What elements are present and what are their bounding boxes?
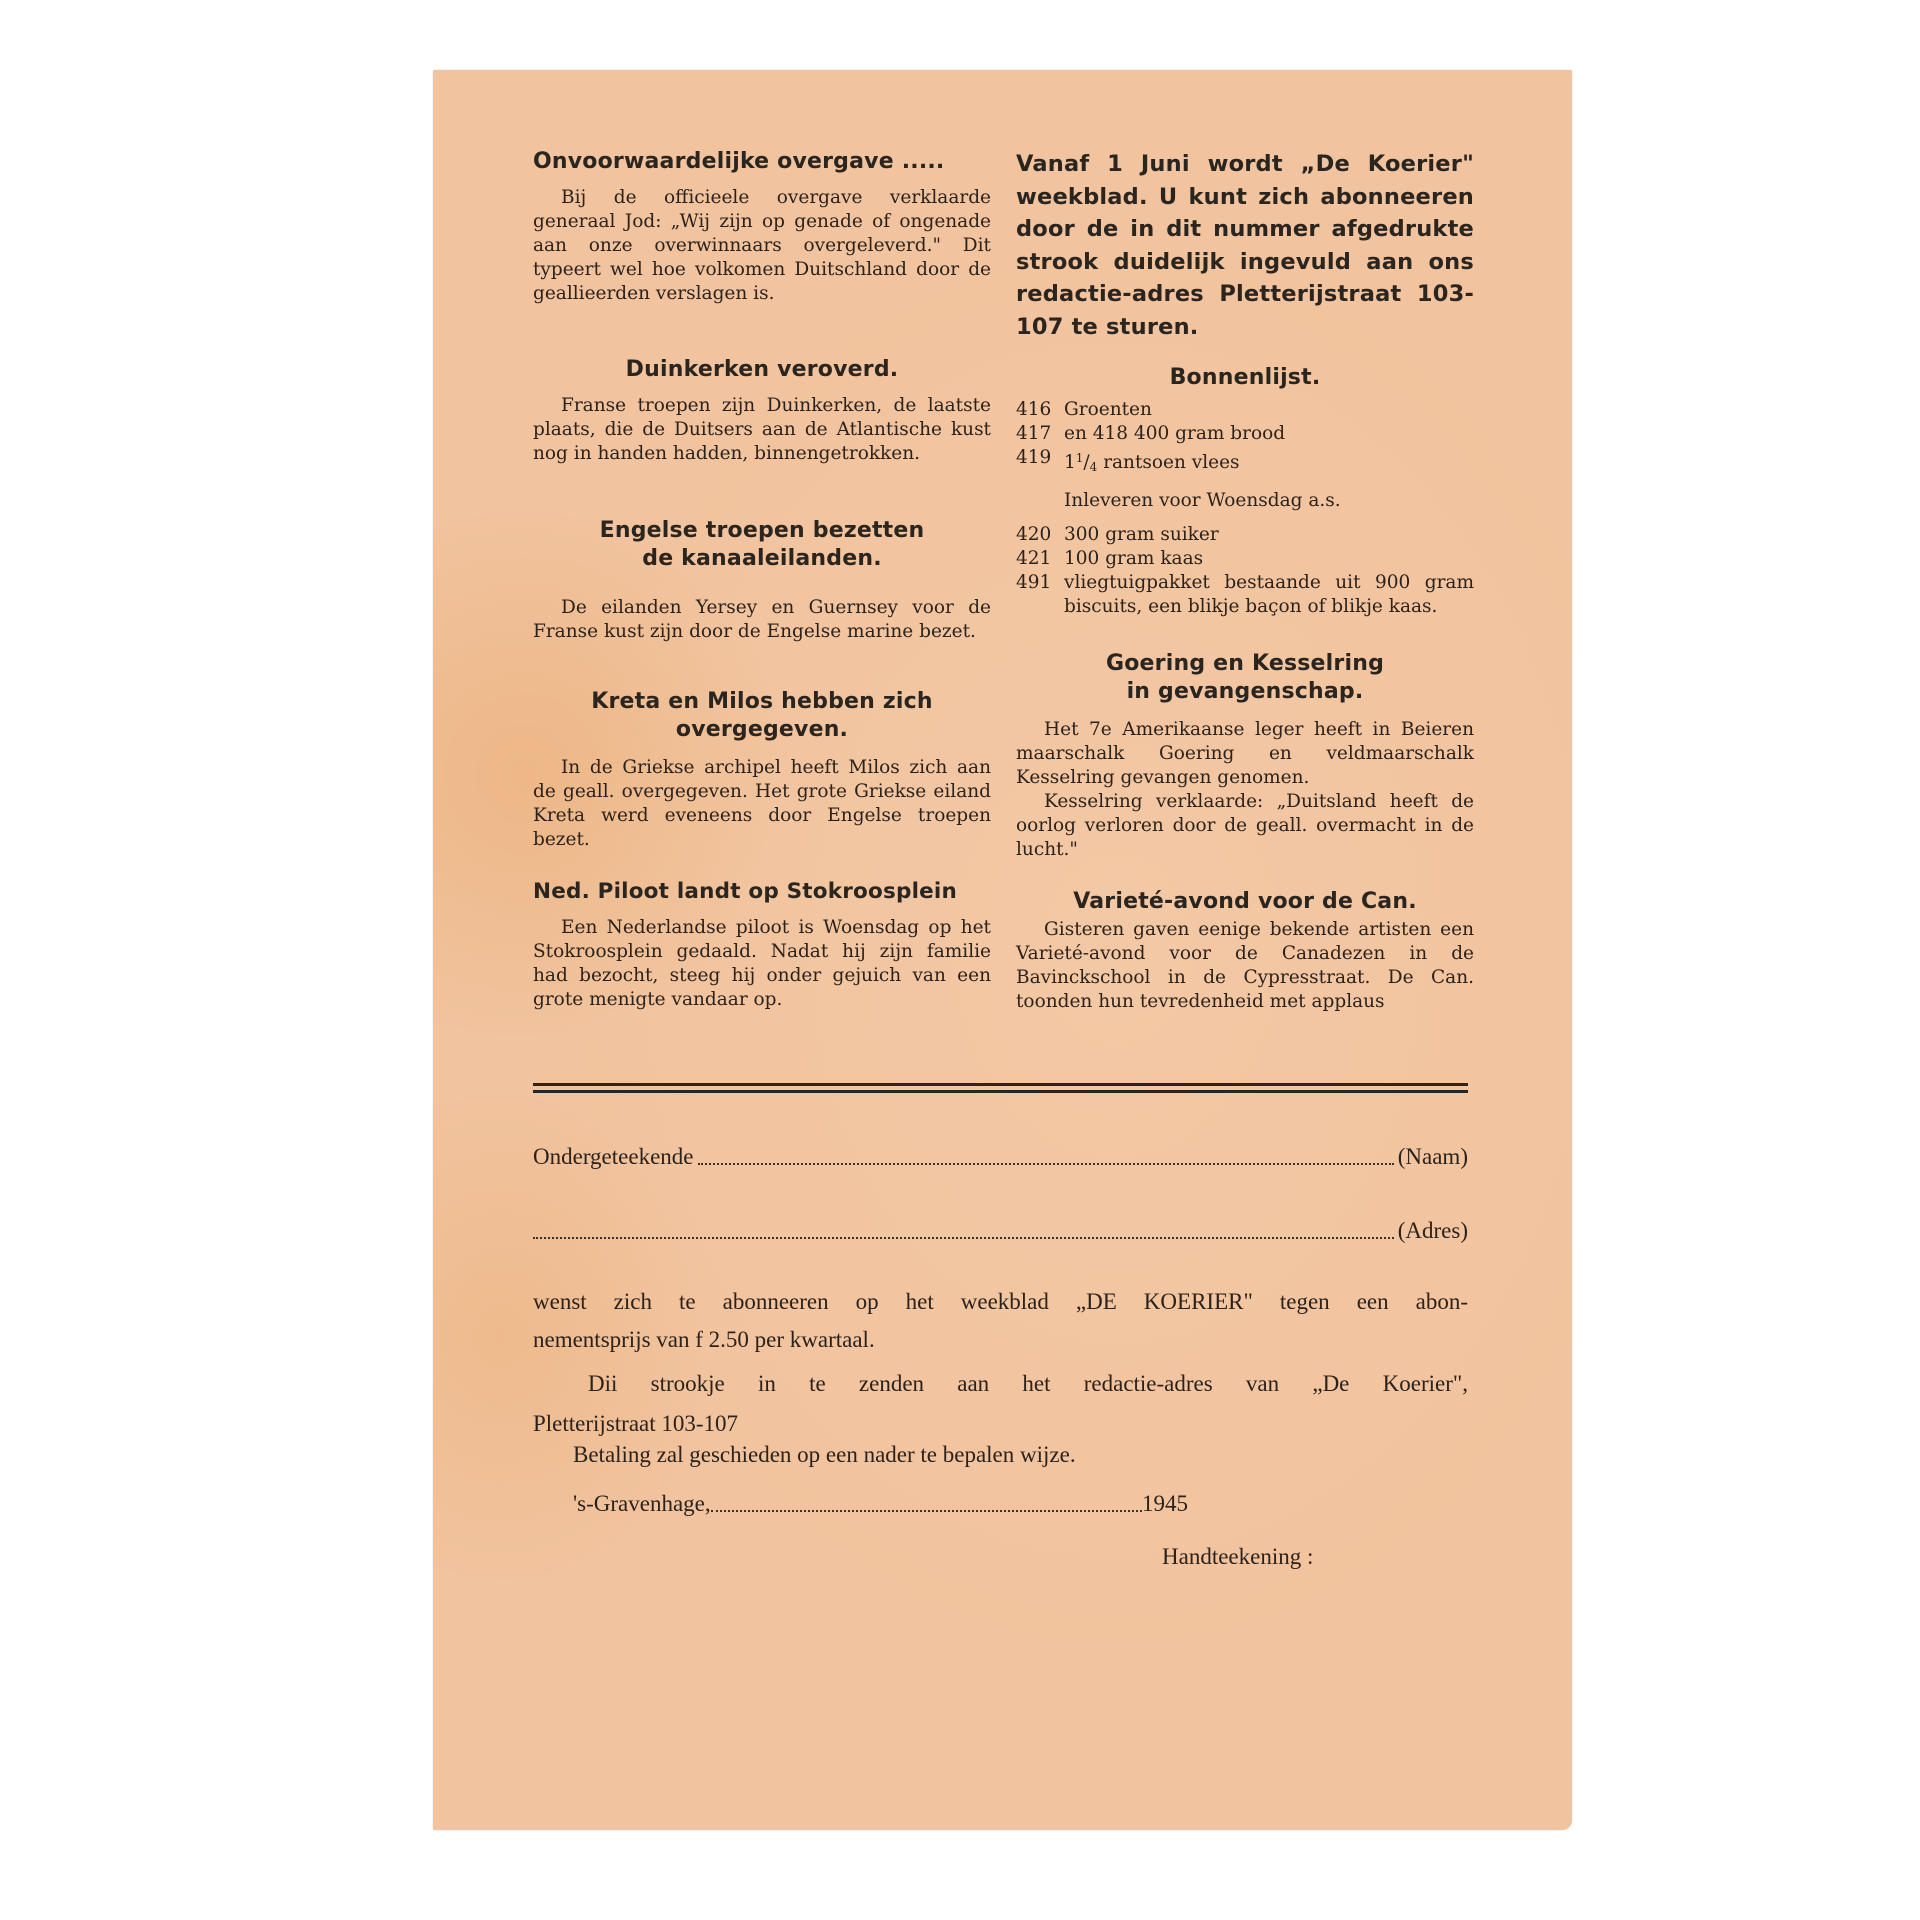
headline-text: Onvoorwaardelijke overgave ..... <box>533 149 945 174</box>
ration-number: 419 <box>1016 446 1064 479</box>
ration-item: 417 en 418 400 gram brood <box>1016 422 1474 446</box>
signature-label: Handteekening : <box>1162 1542 1462 1572</box>
ration-list: 416 Groenten 417 en 418 400 gram brood 4… <box>1016 398 1474 619</box>
payment-note: Betaling zal geschieden op een nader te … <box>573 1440 1473 1470</box>
headline-line: Engelse troepen bezetten <box>533 517 991 545</box>
place-date-row: 's-Gravenhage, 1945 <box>573 1489 1188 1519</box>
address-field[interactable] <box>533 1237 1394 1239</box>
ration-text: en 418 400 gram brood <box>1064 422 1474 446</box>
ration-item: 420 300 gram suiker <box>1016 523 1474 547</box>
address-suffix: (Adres) <box>1398 1216 1468 1246</box>
ration-item: 421 100 gram kaas <box>1016 547 1474 571</box>
article-goering-capture: Het 7e Amerikaanse leger heeft in Beiere… <box>1016 718 1474 790</box>
ration-number: 420 <box>1016 523 1064 547</box>
subscribe-line: nementsprijs van f 2.50 per kwartaal. <box>533 1321 1468 1359</box>
fraction: 11/4 <box>1064 452 1097 473</box>
place-label: 's-Gravenhage, <box>573 1489 711 1519</box>
ration-number: 417 <box>1016 422 1064 446</box>
headline-bonnenlijst: Bonnenlijst. <box>1016 364 1474 392</box>
subscribe-line: wenst zich te abonneeren op het weekblad… <box>533 1283 1468 1321</box>
article-kesselring-quote: Kesselring verklaarde: „Duitsland heeft … <box>1016 790 1474 862</box>
ration-note: Inleveren voor Woensdag a.s. <box>1016 489 1474 513</box>
send-address: Pletterijstraat 103-107 <box>533 1404 1468 1444</box>
send-line: Dii strookje in te zenden aan het redact… <box>533 1364 1468 1404</box>
headline-duinkerken: Duinkerken veroverd. <box>533 356 991 384</box>
form-address-row: (Adres) <box>533 1216 1468 1246</box>
article-variete-avond: Gisteren gaven eenige bekende artisten e… <box>1016 918 1474 1014</box>
headline-line: overgegeven. <box>533 716 991 744</box>
ration-item: 419 11/4 rantsoen vlees <box>1016 446 1474 479</box>
form-name-row: Ondergeteekende (Naam) <box>533 1142 1468 1172</box>
headline-goering-kesselring: Goering en Kesselring in gevangenschap. <box>1016 650 1474 706</box>
ration-item: 491 vliegtuigpakket bestaande uit 900 gr… <box>1016 571 1474 619</box>
article-dutch-pilot: Een Nederlandse piloot is Woensdag op he… <box>533 916 991 1012</box>
headline-kreta-milos: Kreta en Milos hebben zich overgegeven. <box>533 688 991 744</box>
date-field[interactable] <box>711 1510 1142 1512</box>
name-field[interactable] <box>698 1163 1394 1165</box>
article-duinkerken: Franse troepen zijn Duinkerken, de laats… <box>533 394 991 466</box>
name-suffix: (Naam) <box>1398 1142 1468 1172</box>
headline-line: de kanaaleilanden. <box>533 545 991 573</box>
headline-line: Goering en Kesselring <box>1016 650 1474 678</box>
send-instructions: Dii strookje in te zenden aan het redact… <box>533 1364 1468 1444</box>
article-unconditional-surrender: Bij de officieele overgave verklaarde ge… <box>533 186 991 306</box>
subscribe-text: wenst zich te abonneeren op het weekblad… <box>533 1283 1468 1359</box>
ration-note-text: Inleveren voor Woensdag a.s. <box>1064 489 1474 513</box>
ration-text: 11/4 rantsoen vlees <box>1064 446 1474 479</box>
headline-unconditional-surrender: Onvoorwaardelijke overgave ..... <box>533 148 991 176</box>
ration-text: vliegtuigpakket bestaande uit 900 gram b… <box>1064 571 1474 619</box>
name-label: Ondergeteekende <box>533 1142 694 1172</box>
ration-text: 300 gram suiker <box>1064 523 1474 547</box>
article-channel-islands: De eilanden Yersey en Guernsey voor de F… <box>533 596 991 644</box>
headline-channel-islands: Engelse troepen bezetten de kanaaleiland… <box>533 517 991 573</box>
headline-variete-avond: Varieté-avond voor de Can. <box>1016 888 1474 916</box>
ration-number: 491 <box>1016 571 1064 619</box>
year-label: 1945 <box>1142 1489 1188 1519</box>
headline-dutch-pilot: Ned. Piloot landt op Stokroosplein <box>533 878 991 906</box>
announcement-weekly: Vanaf 1 Juni wordt „De Koerier" weekblad… <box>1016 148 1474 343</box>
divider-rule-bottom <box>533 1090 1468 1093</box>
ration-number: 421 <box>1016 547 1064 571</box>
ration-text: 100 gram kaas <box>1064 547 1474 571</box>
ration-text: Groenten <box>1064 398 1474 422</box>
ration-item: 416 Groenten <box>1016 398 1474 422</box>
headline-line: Kreta en Milos hebben zich <box>533 688 991 716</box>
article-kreta-milos: In de Griekse archipel heeft Milos zich … <box>533 756 991 852</box>
ration-number: 416 <box>1016 398 1064 422</box>
divider-rule-top <box>533 1083 1468 1086</box>
headline-line: in gevangenschap. <box>1016 678 1474 706</box>
